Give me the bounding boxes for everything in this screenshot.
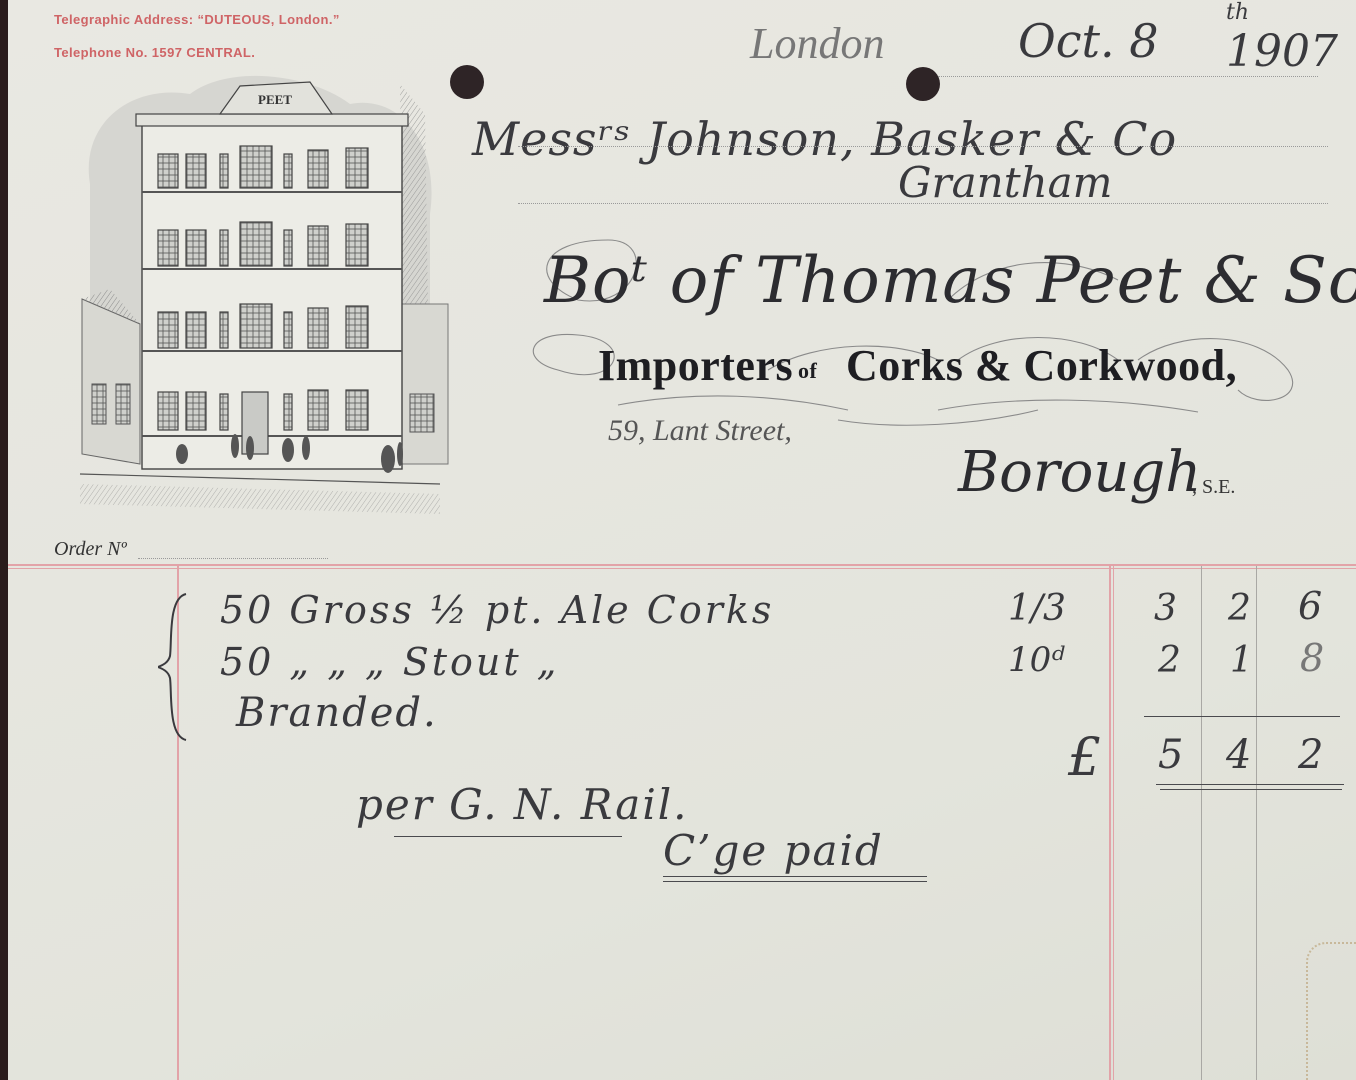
money-column-rule-red	[1109, 564, 1111, 1080]
header-rule-red-2	[8, 568, 1356, 569]
item-pence: 8	[1300, 636, 1324, 680]
brace-bracket-icon	[158, 592, 188, 742]
item-shillings: 2	[1228, 588, 1251, 629]
shipping-underline	[394, 836, 622, 837]
total-double-rule-1	[1156, 784, 1344, 785]
item-pence: 6	[1298, 584, 1322, 628]
street-address: 59, Lant Street,	[608, 414, 792, 448]
total-pence: 2	[1298, 732, 1323, 778]
order-number-field	[138, 558, 328, 559]
item-shillings: 1	[1230, 640, 1253, 681]
item-pounds: 3	[1154, 588, 1177, 629]
carriage-underline-1	[663, 876, 927, 877]
sum-rule	[1144, 716, 1340, 717]
punch-hole-right	[906, 67, 940, 101]
bought-of-heading: Boᵗ of Thomas Peet & Son,	[544, 244, 1356, 318]
punch-hole-left	[450, 65, 484, 99]
item-description: 50 „ „ „ Stout „	[220, 640, 559, 684]
total-currency-symbol: £	[1068, 728, 1101, 788]
item-description: Branded.	[236, 690, 438, 736]
address-rule-2	[518, 203, 1328, 204]
invoice-paper: Telegraphic Address: “DUTEOUS, London.” …	[8, 0, 1356, 1080]
total-shillings: 4	[1226, 732, 1251, 778]
address-rule-1	[518, 146, 1328, 147]
pence-column-rule	[1256, 566, 1257, 1080]
printed-place-london: London	[750, 18, 884, 69]
building-sign: PEET	[258, 92, 292, 107]
telephone-number: Telephone No. 1597 CENTRAL.	[54, 45, 255, 60]
carriage-underline-2	[663, 881, 927, 882]
water-stain	[1306, 942, 1356, 1080]
carriage-paid-note: C’ge paid	[663, 826, 884, 875]
item-rate: 10ᵈ	[1008, 640, 1065, 680]
district-suffix: , S.E.	[1192, 476, 1235, 499]
year-handwritten: 1907	[1226, 26, 1338, 77]
money-column-rule-red-2	[1113, 564, 1114, 1080]
shipping-note: per G. N. Rail.	[356, 780, 689, 829]
date-suffix: th	[1226, 0, 1249, 25]
building-engraving-image: PEET	[70, 64, 450, 520]
date-handwritten: Oct. 8	[1018, 14, 1158, 68]
trade-corks-corkwood: Corks & Corkwood,	[846, 340, 1237, 391]
trade-of: of	[798, 358, 817, 384]
item-pounds: 2	[1158, 640, 1181, 681]
total-double-rule-2	[1160, 789, 1342, 790]
district-borough: Borough	[958, 440, 1201, 505]
telegraphic-address: Telegraphic Address: “DUTEOUS, London.”	[54, 12, 340, 27]
town-handwritten: Grantham	[898, 158, 1113, 207]
total-pounds: 5	[1158, 732, 1183, 778]
trade-importers: Importers	[598, 340, 793, 391]
order-number-label: Order Nº	[54, 538, 127, 561]
shillings-column-rule	[1201, 566, 1202, 1080]
item-rate: 1/3	[1008, 588, 1066, 629]
item-description: 50 Gross ½ pt. Ale Corks	[220, 588, 774, 632]
header-rule-red	[8, 564, 1356, 566]
